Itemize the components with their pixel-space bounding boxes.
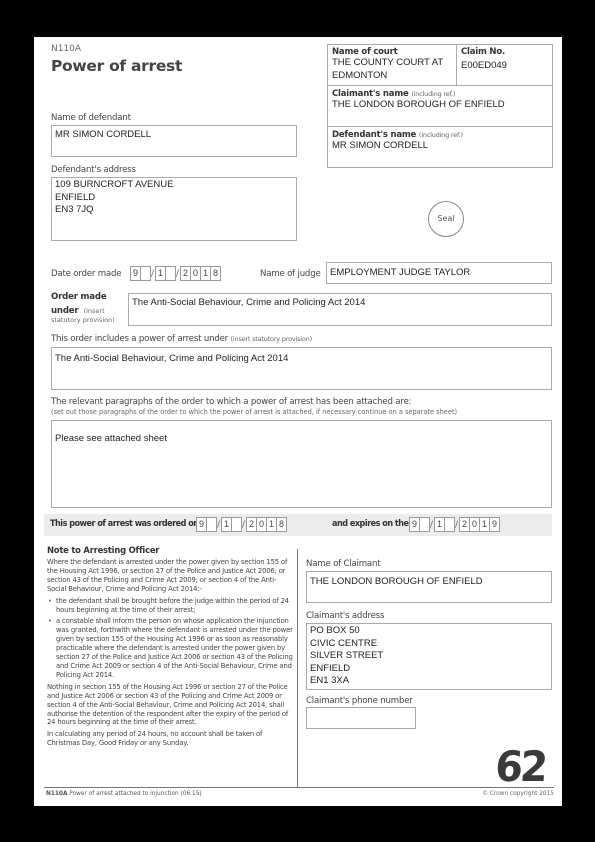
form-title: Power of arrest: [51, 57, 182, 75]
claim-no-value[interactable]: E00ED049: [461, 60, 549, 73]
claim-no-label: Claim No.: [461, 47, 549, 57]
ordered-on-label: This power of arrest was ordered on: [50, 519, 199, 529]
defendant-address-label: Defendant's address: [51, 165, 136, 175]
defendant-address-line: EN3 7JQ: [55, 204, 293, 217]
relevant-paragraphs-field[interactable]: Please see attached sheet: [51, 420, 552, 508]
claimant-address-line: ENFIELD: [310, 663, 548, 676]
judge-name-field[interactable]: EMPLOYMENT JUDGE TAYLOR: [326, 262, 552, 284]
defendant-header-label: Defendant's name: [332, 130, 416, 140]
power-of-arrest-under-note: (insert statutory provision): [231, 335, 312, 343]
claimant-address-line: PO BOX 50: [310, 625, 548, 638]
claimant-header-value[interactable]: THE LONDON BOROUGH OF ENFIELD: [332, 99, 549, 112]
date-order-made-label: Date order made: [51, 269, 121, 279]
footer-rule: [44, 787, 554, 788]
form-code: N110A: [51, 44, 81, 54]
judge-label: Name of judge: [260, 269, 321, 279]
claimant-name-label: Name of Claimant: [306, 559, 380, 569]
power-of-arrest-under-field[interactable]: The Anti-Social Behaviour, Crime and Pol…: [51, 347, 552, 390]
case-header-table: Name of court THE COUNTY COURT AT EDMONT…: [327, 44, 553, 168]
date-digit[interactable]: 8: [276, 517, 287, 532]
claimant-phone-field[interactable]: [306, 707, 416, 729]
footer-description: Power of arrest attached to injunction (…: [69, 791, 201, 797]
relevant-paragraphs-label: The relevant paragraphs of the order to …: [51, 397, 411, 407]
relevant-paragraphs-note: (set out those paragraphs of the order t…: [51, 408, 457, 416]
claimant-phone-label: Claimant's phone number: [306, 696, 413, 706]
court-cell: Name of court THE COUNTY COURT AT EDMONT…: [328, 45, 457, 86]
defendant-header-label-note: (including ref.): [419, 131, 463, 139]
note-bullet: the defendant shall be brought before th…: [47, 597, 293, 615]
footer-form-code: N110A: [46, 791, 67, 797]
defendant-cell: Defendant's name (including ref.) MR SIM…: [328, 127, 553, 168]
defendant-address-line: 109 BURNCROFT AVENUE: [55, 179, 293, 192]
claimant-name-field[interactable]: THE LONDON BOROUGH OF ENFIELD: [306, 571, 552, 603]
claim-no-cell: Claim No. E00ED049: [457, 45, 553, 86]
claimant-address-line: CIVIC CENTRE: [310, 638, 548, 651]
claimant-header-label: Claimant's name: [332, 89, 409, 99]
order-made-under-note2: statutory provision): [51, 316, 115, 326]
order-made-under-label: Order made under (insert statutory provi…: [51, 293, 115, 326]
defendant-address-field[interactable]: 109 BURNCROFT AVENUE ENFIELD EN3 7JQ: [51, 177, 297, 241]
note-paragraph: In calculating any period of 24 hours, n…: [47, 730, 293, 748]
ordered-on-date-field[interactable]: 9 / 1 / 2 0 1 8: [196, 517, 286, 532]
note-bullet: a constable shall inform the person on w…: [47, 617, 293, 679]
date-order-made-field[interactable]: 9 / 1 / 2 0 1 8: [130, 266, 220, 281]
date-digit[interactable]: 9: [489, 517, 500, 532]
note-intro: Where the defendant is arrested under th…: [47, 558, 293, 594]
note-body: Where the defendant is arrested under th…: [47, 558, 293, 751]
order-made-under-label-line2: under: [51, 306, 78, 316]
court-value-line2[interactable]: EDMONTON: [332, 70, 452, 83]
document-page: N110A Power of arrest Name of court THE …: [34, 37, 562, 806]
order-made-under-field[interactable]: The Anti-Social Behaviour, Crime and Pol…: [128, 293, 552, 326]
claimant-header-label-note: (including ref.): [411, 90, 455, 98]
column-divider: [297, 549, 298, 787]
date-digit[interactable]: 8: [210, 266, 221, 281]
arrest-period-bar: This power of arrest was ordered on 9 / …: [44, 514, 552, 536]
note-paragraph: Nothing in section 155 of the Housing Ac…: [47, 683, 293, 728]
power-of-arrest-under-label: This order includes a power of arrest un…: [51, 334, 228, 344]
court-label: Name of court: [332, 47, 452, 57]
claimant-address-line: EN1 3XA: [310, 675, 548, 688]
claimant-address-label: Claimant's address: [306, 611, 384, 621]
note-bullets: the defendant shall be brought before th…: [47, 597, 293, 680]
order-made-under-note: (insert: [84, 307, 105, 315]
defendant-name-label: Name of defendant: [51, 113, 131, 123]
court-value-line1[interactable]: THE COUNTY COURT AT: [332, 57, 452, 70]
note-heading: Note to Arresting Officer: [47, 545, 159, 555]
footer-form-description: N110A Power of arrest attached to injunc…: [46, 791, 202, 797]
claimant-address-field[interactable]: PO BOX 50 CIVIC CENTRE SILVER STREET ENF…: [306, 623, 552, 690]
footer-copyright: © Crown copyright 2015: [482, 791, 554, 797]
expires-on-label: and expires on the: [332, 519, 409, 529]
defendant-name-field[interactable]: MR SIMON CORDELL: [51, 125, 297, 157]
defendant-header-value[interactable]: MR SIMON CORDELL: [332, 140, 549, 153]
court-seal: Seal: [428, 201, 464, 237]
claimant-cell: Claimant's name (including ref.) THE LON…: [328, 86, 553, 127]
claimant-address-line: SILVER STREET: [310, 650, 548, 663]
expires-on-date-field[interactable]: 9 / 1 / 2 0 1 9: [409, 517, 499, 532]
handwritten-page-number: 62: [494, 742, 547, 791]
defendant-address-line: ENFIELD: [55, 192, 293, 205]
